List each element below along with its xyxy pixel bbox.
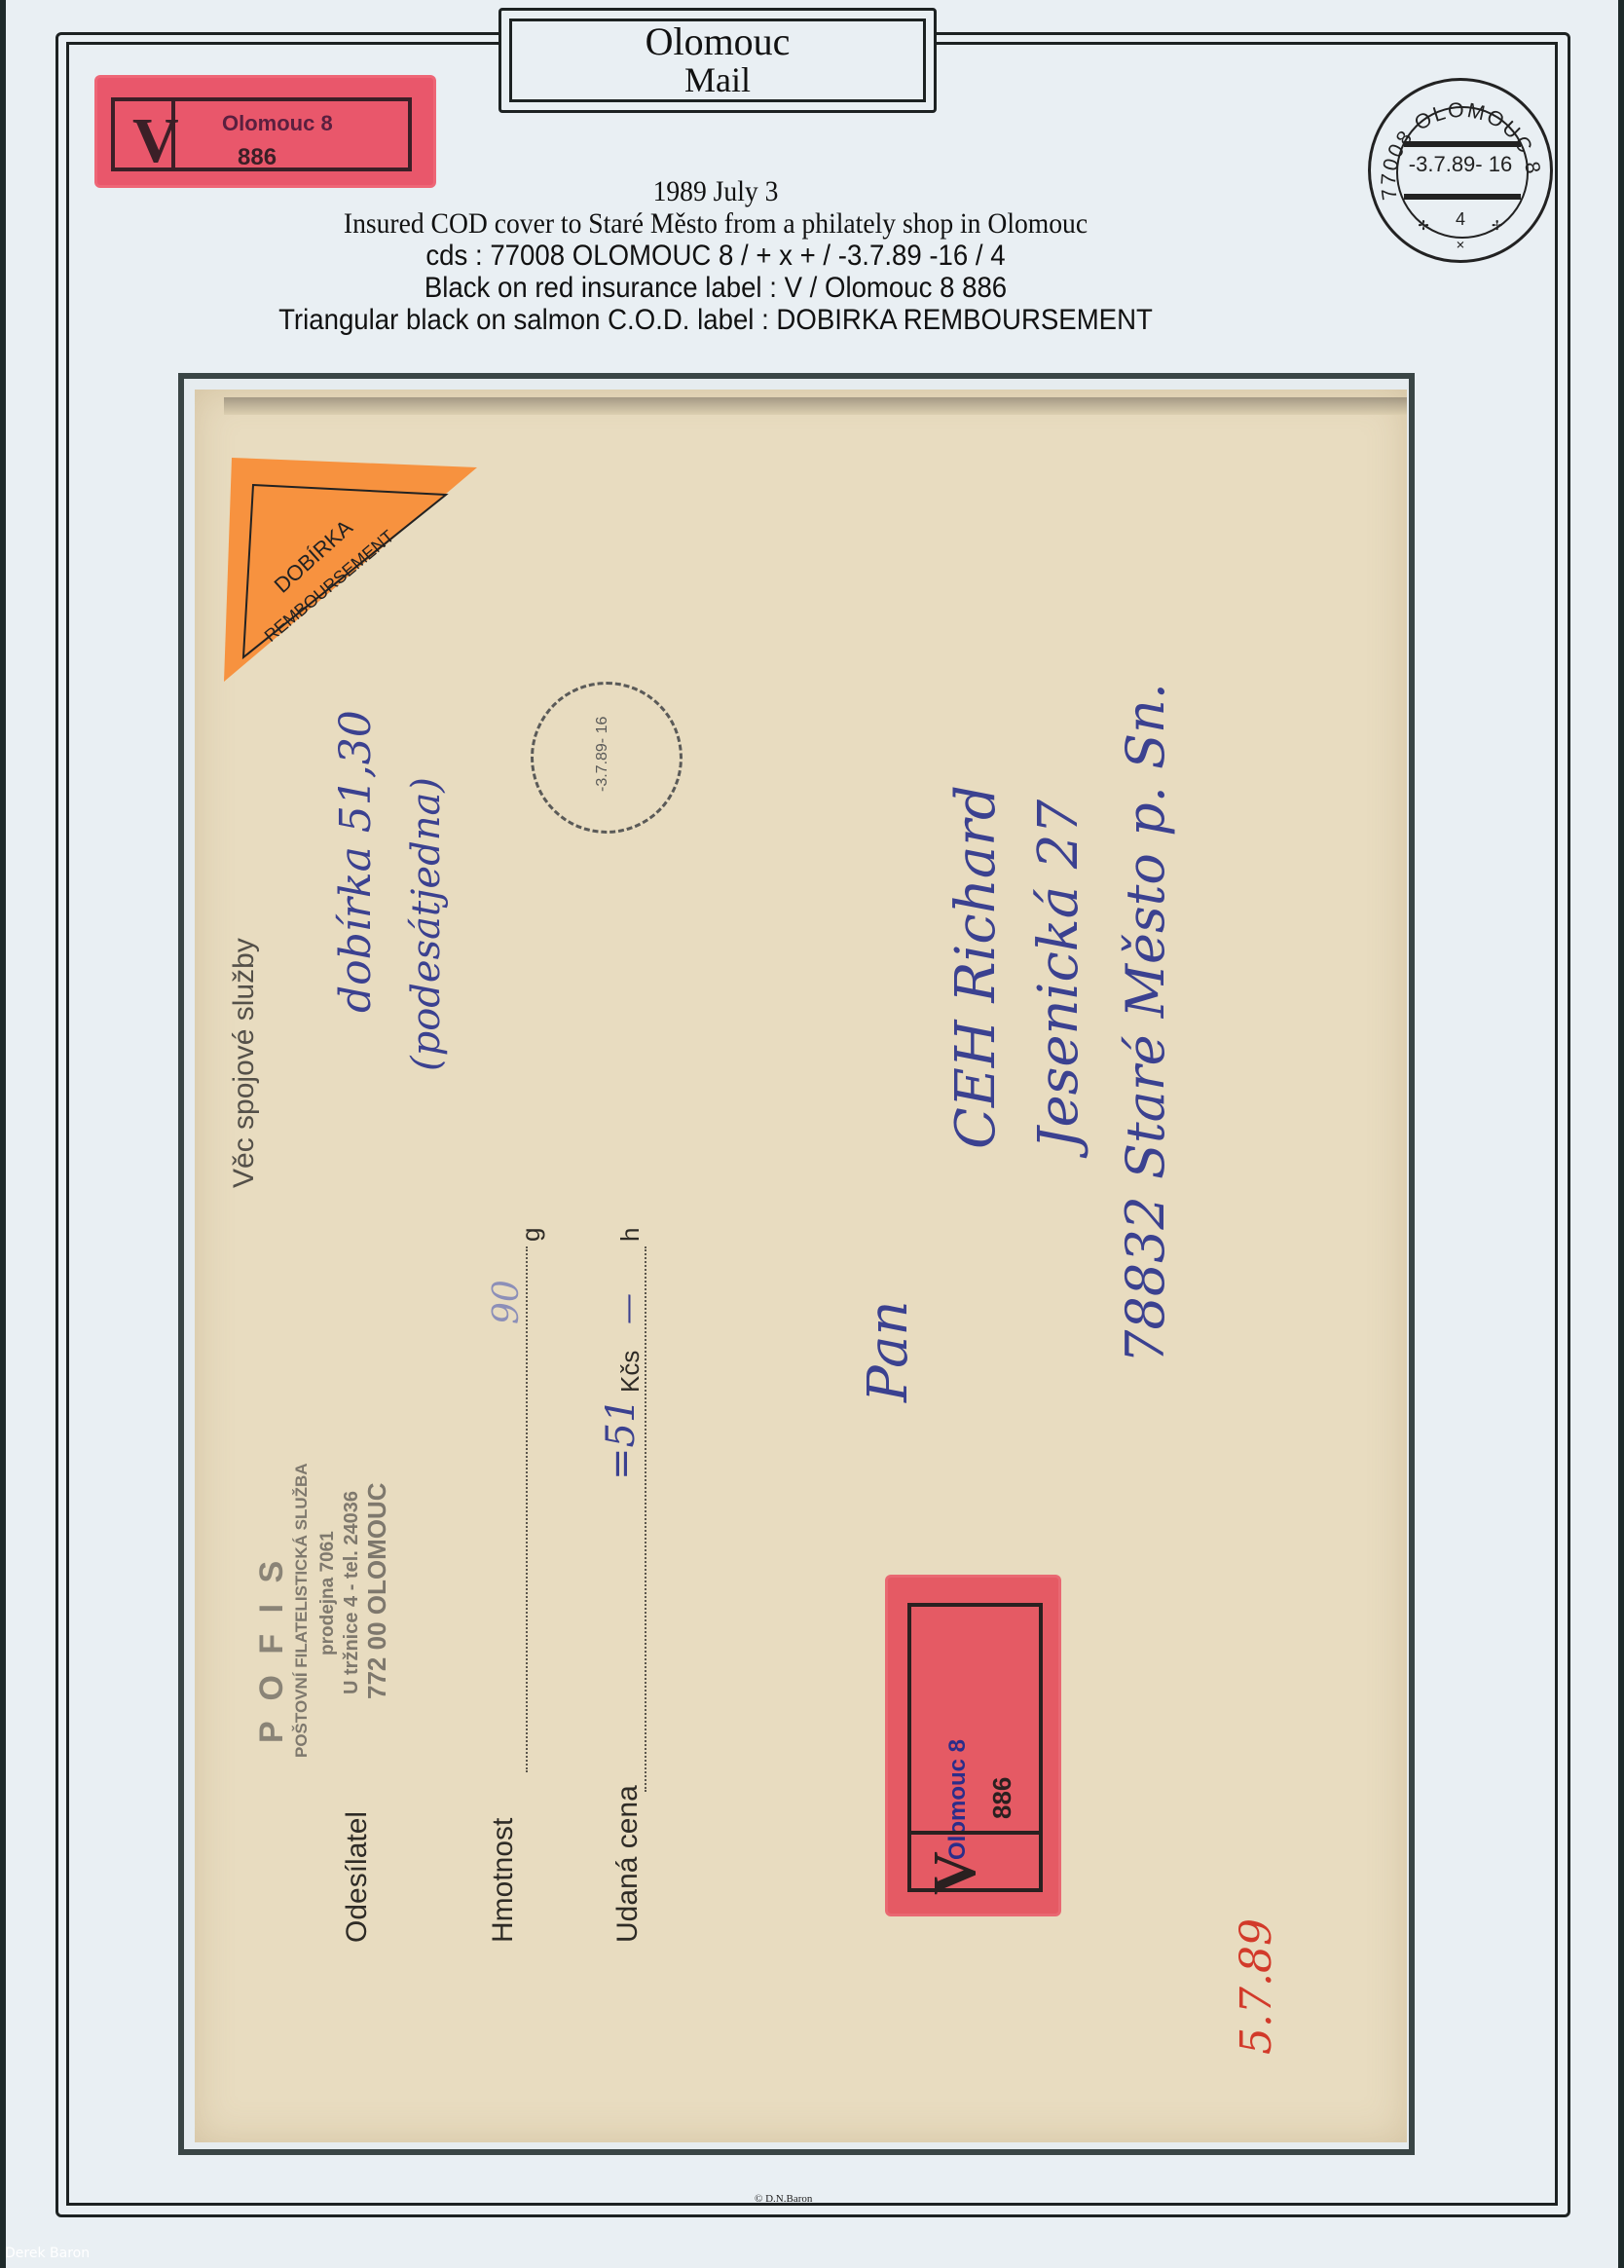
label-letter: V: [921, 1851, 990, 1895]
page-description: 1989 July 3 Insured COD cover to Staré M…: [195, 175, 1236, 336]
sender-stamp-line2: prodejna 7061: [317, 1531, 339, 1655]
label-place: Olomouc 8: [944, 1739, 972, 1860]
insurance-label-envelope: Olomouc 8 886 V: [888, 1578, 1058, 1914]
address-street: Jesenická 27: [1027, 799, 1090, 1149]
handwritten-cod-amount: dobírka 51,30: [331, 710, 381, 1013]
page-title: Olomouc: [646, 22, 791, 61]
arrival-postmark: -3.7.89- 16: [531, 682, 683, 834]
weight-label: Hmotnost: [487, 1818, 520, 1943]
address-name: CEH Richard: [944, 785, 1008, 1149]
address-salutation: Pan: [857, 1300, 920, 1402]
sender-stamp-line1: POŠTOVNÍ FILATELISTICKÁ SLUŽBA: [292, 1463, 312, 1758]
value-dotline: [645, 1246, 646, 1792]
description-line: 1989 July 3: [237, 175, 1195, 207]
sender-stamp-name: P O F I S: [253, 1555, 291, 1743]
sender-stamp-line3: U tržnice 4 - tel. 24036: [341, 1491, 363, 1694]
value-cents: —: [609, 1293, 646, 1324]
page-title-box: Olomouc Mail: [498, 8, 937, 113]
page-edge-left: [0, 0, 6, 2268]
sender-stamp-line4: 772 00 OLOMOUC: [362, 1482, 392, 1699]
postmark-illustration: 77008 OLOMOUC 8 ✢ ✢ ✕ -3.7.89- 16 4: [1368, 78, 1553, 263]
arrival-date: 5.7.89: [1232, 1918, 1281, 2055]
cod-label: DOBÍRKA REMBOURSEMENT: [214, 438, 506, 691]
description-line: Insured COD cover to Staré Město from a …: [237, 207, 1195, 240]
envelope-edge: [224, 397, 1407, 415]
arrival-postmark-date: -3.7.89- 16: [594, 717, 611, 792]
label-divider: [911, 1831, 1039, 1835]
postmark-number: 4: [1371, 209, 1550, 230]
service-text: Věc spojové služby: [228, 938, 261, 1188]
value-cents-unit: h: [615, 1228, 646, 1242]
page-subtitle: Mail: [684, 61, 751, 98]
page-edge-right: [1618, 0, 1624, 2268]
postmark-date: -3.7.89- 16: [1371, 152, 1550, 177]
address-city: 78832 Staré Město p. Sn.: [1115, 683, 1176, 1363]
label-number: 886: [987, 1777, 1017, 1819]
envelope: DOBÍRKA REMBOURSEMENT Věc spojové služby…: [195, 390, 1407, 2142]
weight-dotline: [526, 1246, 528, 1772]
value-amount: =51: [599, 1398, 644, 1480]
description-line: Triangular black on salmon C.O.D. label …: [237, 304, 1195, 336]
copyright: © D.N.Baron: [755, 2193, 812, 2205]
value-label: Udaná cena: [611, 1785, 645, 1943]
handwritten-note: (podesátjedna): [404, 777, 449, 1071]
postmark-bar: [1404, 194, 1521, 200]
label-divider: [171, 101, 175, 167]
description-line: cds : 77008 OLOMOUC 8 / + x + / -3.7.89 …: [237, 240, 1195, 272]
insurance-place: Olomouc 8: [222, 111, 333, 136]
sender-label: Odesílatel: [341, 1811, 374, 1943]
watermark: Derek Baron: [5, 2246, 90, 2261]
value-currency: Kčs: [615, 1351, 646, 1393]
insurance-number: 886: [238, 144, 277, 171]
description-line: Black on red insurance label : V / Olomo…: [237, 272, 1195, 304]
svg-text:✕: ✕: [1456, 239, 1465, 251]
insurance-label-top: V Olomouc 8 886: [97, 78, 433, 185]
weight-value: 90: [487, 1280, 527, 1324]
weight-unit: g: [516, 1228, 546, 1242]
postmark-bar: [1404, 141, 1521, 147]
